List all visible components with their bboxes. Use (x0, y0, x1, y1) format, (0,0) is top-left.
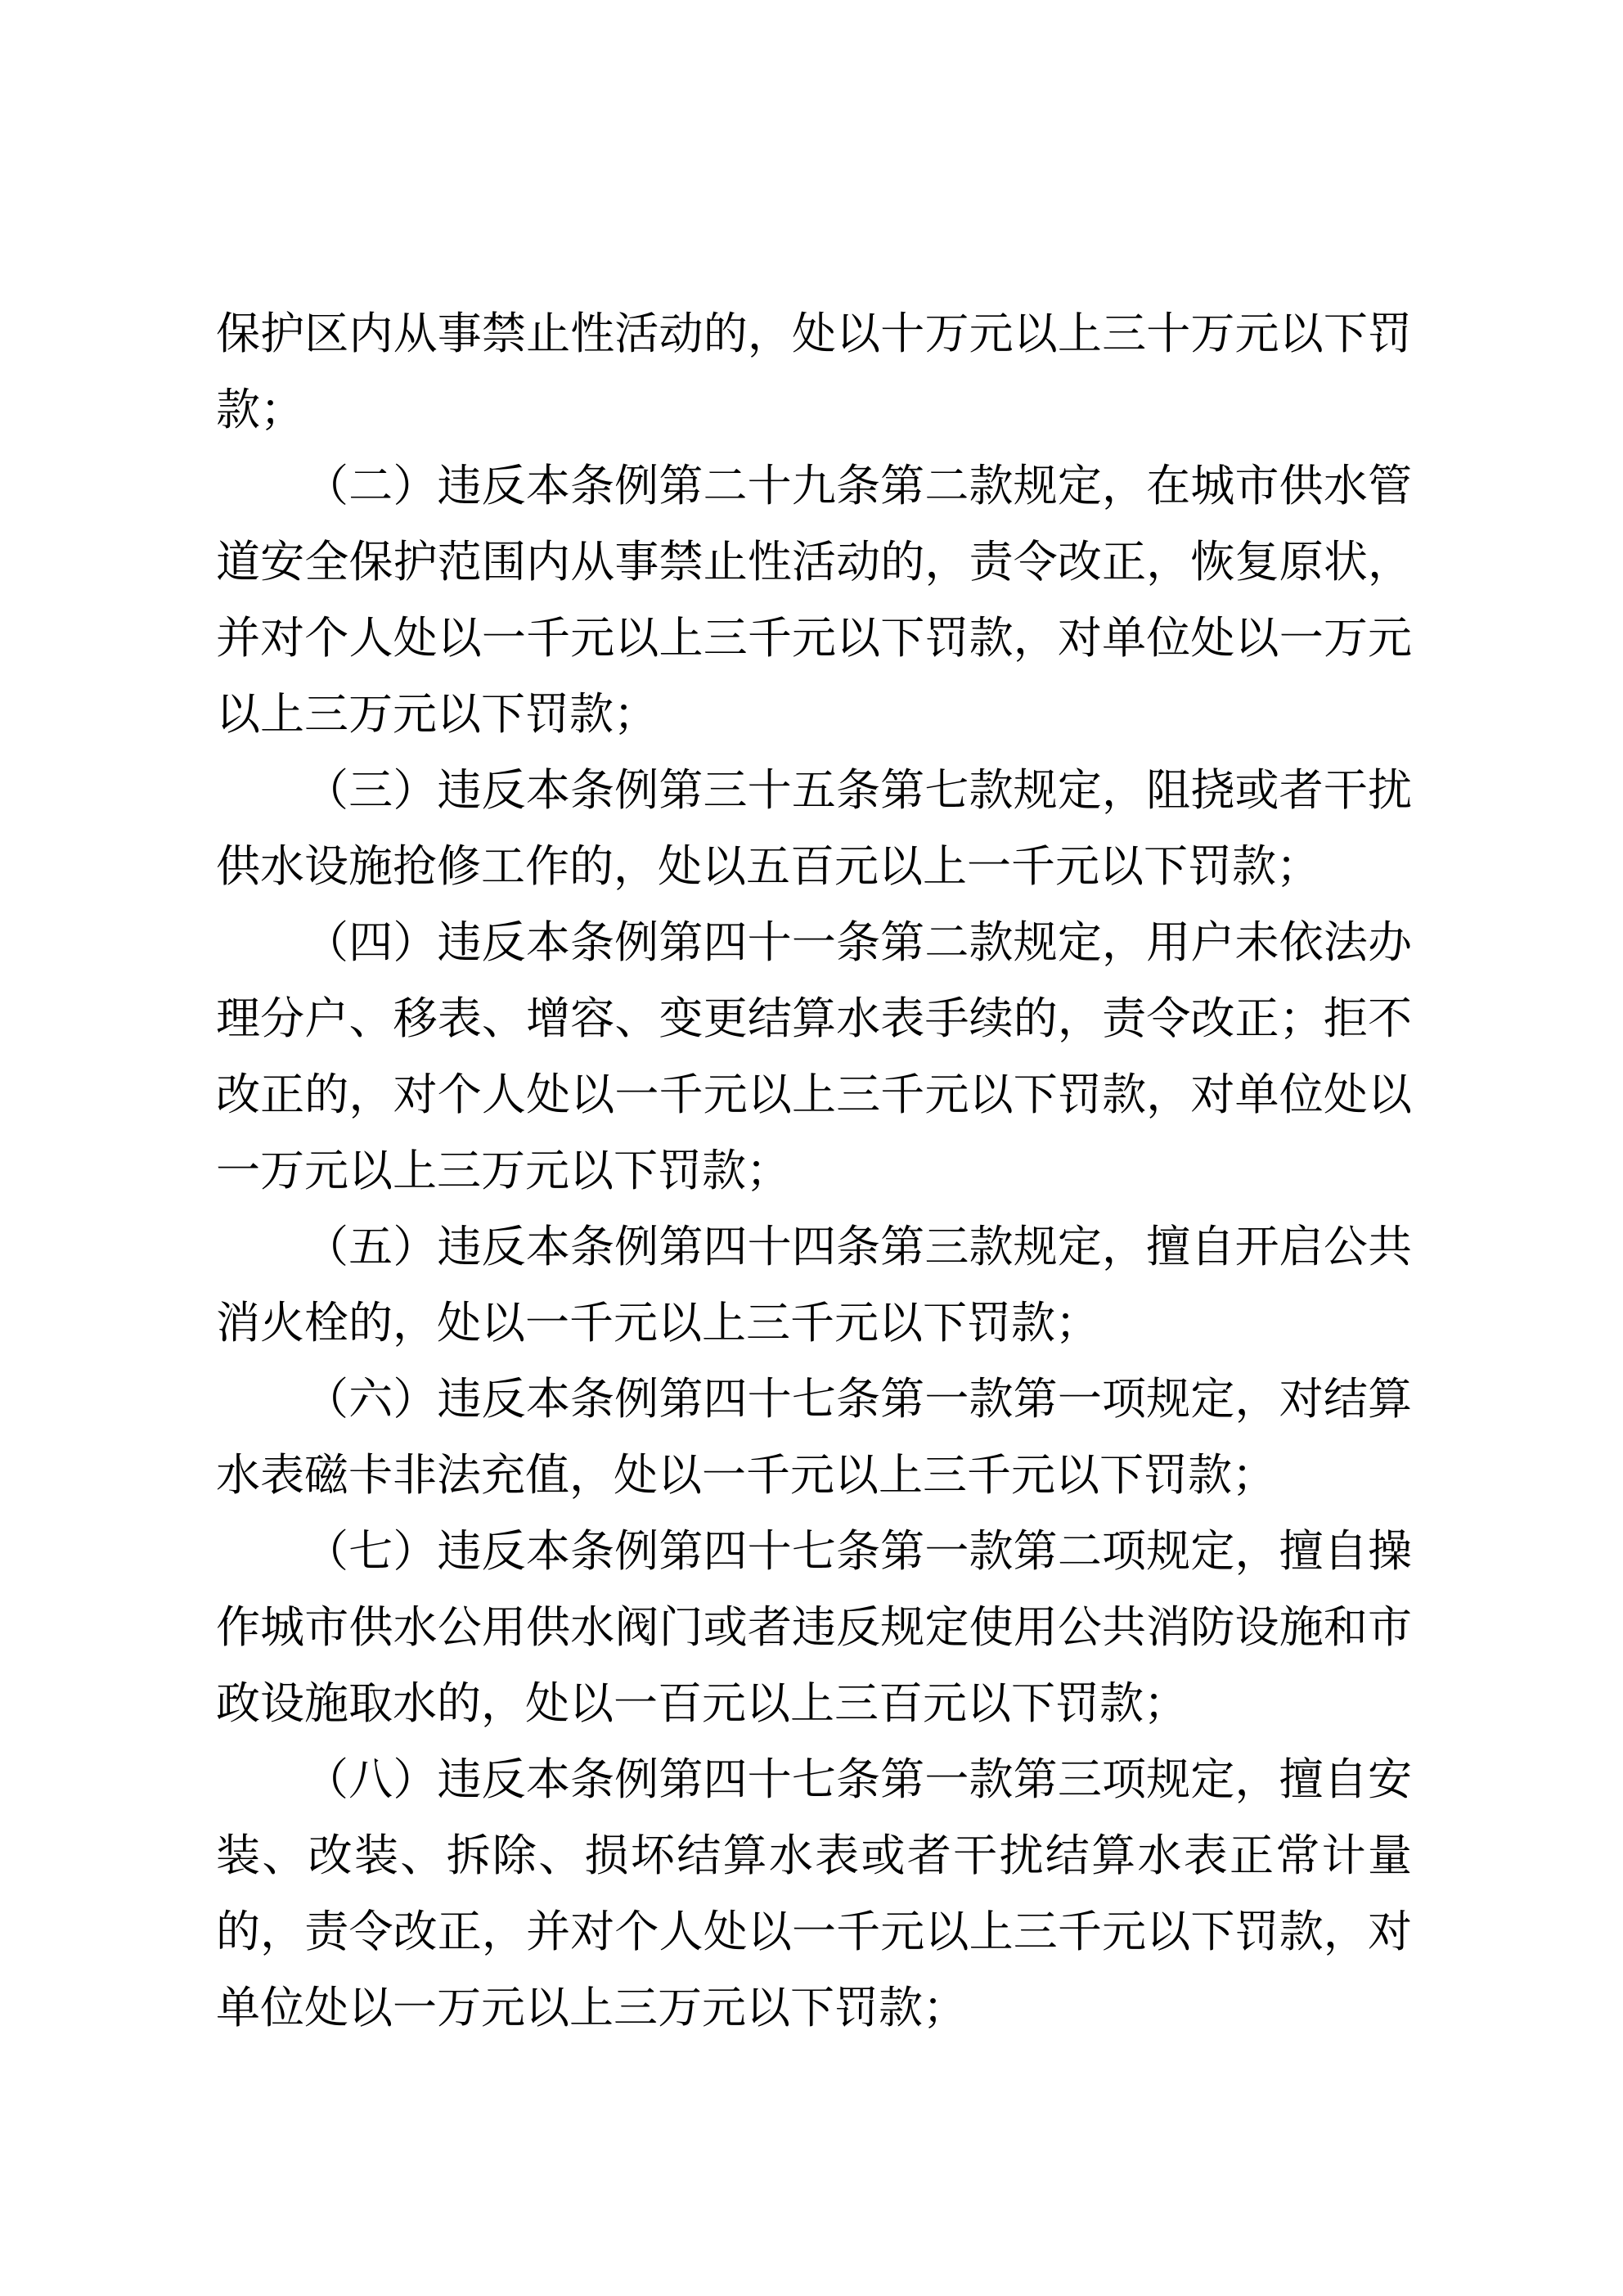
document-body-text: 保护区内从事禁止性活动的，处以十万元以上三十万元以下罚款； （二）违反本条例第二… (216, 296, 1412, 2046)
paragraph-clause-item-7: （七）违反本条例第四十七条第一款第二项规定，擅自操作城市供水公用供水阀门或者违反… (216, 1514, 1412, 1742)
paragraph-clause-item-5: （五）违反本条例第四十四条第三款规定，擅自开启公共消火栓的，处以一千元以上三千元… (216, 1209, 1412, 1362)
paragraph-clause-item-4: （四）违反本条例第四十一条第二款规定，用户未依法办理分户、移表、增容、变更结算水… (216, 905, 1412, 1209)
paragraph-clause-item-8: （八）违反本条例第四十七条第一款第三项规定，擅自安装、改装、拆除、损坏结算水表或… (216, 1742, 1412, 2046)
paragraph-clause-item-3: （三）违反本条例第三十五条第七款规定，阻挠或者干扰供水设施抢修工作的，处以五百元… (216, 753, 1412, 905)
document-page: 保护区内从事禁止性活动的，处以十万元以上三十万元以下罚款； （二）违反本条例第二… (0, 0, 1623, 2296)
paragraph-clause-item-6: （六）违反本条例第四十七条第一款第一项规定，对结算水表磁卡非法充值，处以一千元以… (216, 1362, 1412, 1514)
paragraph-clause-continuation: 保护区内从事禁止性活动的，处以十万元以上三十万元以下罚款； (216, 296, 1412, 448)
paragraph-clause-item-2: （二）违反本条例第二十九条第二款规定，在城市供水管道安全保护范围内从事禁止性活动… (216, 448, 1412, 753)
